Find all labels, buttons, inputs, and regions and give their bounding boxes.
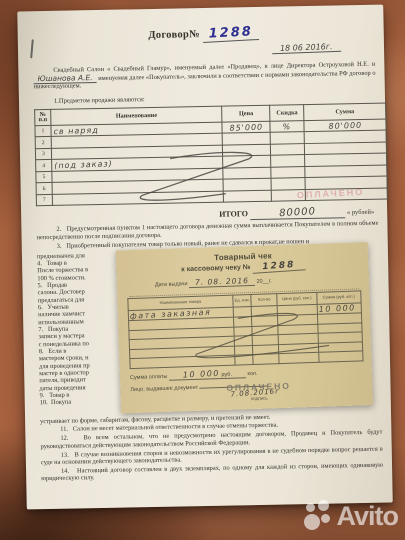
middle-section: предназначен для 4. Товар в После торжес… bbox=[37, 246, 382, 413]
receipt-number: 1288 bbox=[252, 259, 306, 274]
receipt-payment-kop: коп. bbox=[247, 370, 257, 376]
total-label: ИТОГО bbox=[219, 209, 248, 219]
receipt-date-value: 7. 08. 2016 bbox=[195, 276, 249, 287]
bottom-clauses: устраивает по форме, габаритам, фасону, … bbox=[40, 411, 383, 483]
receipt-col-qty: Кол-во bbox=[251, 293, 277, 306]
receipt-date-label: Дата выдачи bbox=[155, 281, 188, 288]
receipt-payment-label: Сумма оплаты bbox=[130, 373, 168, 380]
receipt-item-sum: 10 000 bbox=[318, 303, 355, 314]
sales-receipt: Товарный чек к кассовому чеку № 1288 Дат… bbox=[116, 242, 373, 413]
receipt-col-unit: Ед. изм. bbox=[233, 294, 252, 307]
receipt-issuer-line: Лицо, выдавшее документ ОПЛАЧЕНО 7.08.20… bbox=[130, 379, 364, 405]
contract-intro: Свадебный Салон « Свадебный Гламур», име… bbox=[33, 61, 375, 91]
receipt-table: Наименование товара Ед. изм. Кол-во Цена… bbox=[127, 290, 363, 369]
contract-title-label: Договор№ bbox=[148, 29, 200, 41]
col-header-num: № п.п bbox=[35, 109, 51, 125]
item-note: (под заказ) bbox=[54, 159, 113, 170]
receipt-col-sum: Сумма (руб. коп.) bbox=[316, 290, 361, 303]
col-header-sum: Сумма bbox=[304, 103, 386, 121]
item-price: 85'000 bbox=[229, 122, 263, 132]
receipt-issuer-label: Лицо, выдавшее документ bbox=[130, 384, 198, 392]
contract-number: 1288 bbox=[202, 24, 259, 43]
contract-date-value: 18 06 2016г. bbox=[272, 42, 341, 55]
total-value: 80000 bbox=[279, 207, 316, 220]
contract-date: 18 06 2016г. bbox=[33, 42, 341, 58]
col-header-price: Цена bbox=[222, 105, 270, 122]
item-sum: 80'000 bbox=[328, 120, 362, 130]
receipt-signature-label: подпись bbox=[251, 395, 268, 401]
receipt-col-price: Цена (руб. коп.) bbox=[277, 292, 317, 305]
receipt-table-wrap: Наименование товара Ед. изм. Кол-во Цена… bbox=[127, 290, 363, 369]
avito-watermark-text: Avito bbox=[337, 501, 399, 532]
items-table-wrap: № п.п Наименование Цена Скидка Сумма 1 с… bbox=[34, 102, 378, 206]
total-suffix: « рублей» bbox=[347, 209, 374, 217]
item-name: св наряд bbox=[53, 125, 99, 136]
receipt-date-suffix: 20__г. bbox=[256, 278, 271, 284]
receipt-payment-value: 10 000 bbox=[183, 368, 220, 379]
contract-document: Договор№ 1288 18 06 2016г. Свадебный Сал… bbox=[17, 5, 392, 510]
col-header-discount: Скидка bbox=[270, 104, 304, 121]
avito-logo-icon bbox=[304, 500, 334, 532]
avito-watermark: Avito bbox=[304, 500, 399, 532]
item-discount: % bbox=[283, 122, 292, 131]
